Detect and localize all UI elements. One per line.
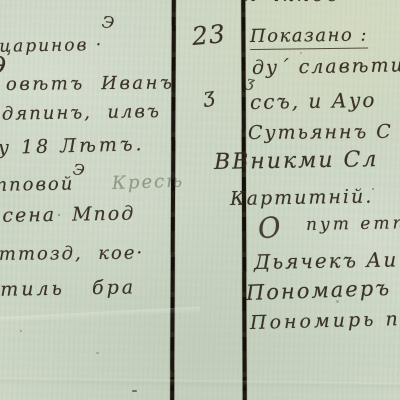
- ink-speck: [336, 300, 339, 303]
- left-column-line: етиль бра: [0, 278, 136, 300]
- entry-number: 23: [191, 21, 227, 49]
- right-column-line: Картитнiй.: [230, 187, 374, 208]
- paper-crease: [0, 377, 400, 390]
- ink-flourish-left-top: Э: [101, 14, 117, 32]
- ink-speck: [20, 330, 22, 332]
- ink-flourish-narrow-column: ʒ: [202, 84, 218, 106]
- left-column-line: у 18 Лѣтъ.: [0, 135, 145, 158]
- entry-heading: Показано :: [250, 27, 368, 50]
- ink-speck: [96, 352, 99, 354]
- left-column-line: тповой: [0, 176, 75, 195]
- left-column-line-faded: Кресѣ: [112, 172, 185, 193]
- right-column-line: ссъ, и Ауо: [250, 90, 377, 112]
- left-column-line: овѣтъ Иванъ: [6, 75, 175, 94]
- right-column-line: пут етѣ: [306, 215, 400, 234]
- left-column-line: ьсена Мпод: [0, 204, 135, 226]
- manuscript-page: х чкноб 23 Э Э Э ʒ ʒ ьцаринов · овѣтъ Ив…: [0, 0, 400, 400]
- column-rule-left: [170, 0, 176, 400]
- ink-speck: [132, 390, 137, 392]
- left-column-line: оттозд, кое·: [0, 245, 144, 264]
- ink-speck: [372, 188, 374, 190]
- top-partial-line: х чкноб: [245, 0, 341, 5]
- right-column-line: ду´ славѣтш: [252, 56, 400, 78]
- left-column-line: ьцаринов ·: [0, 37, 103, 56]
- right-column-line: Пономирь п: [250, 310, 400, 333]
- right-column-line: ВВникми Сл: [214, 149, 379, 174]
- left-column-line: ндяпинъ, илвъ: [0, 103, 161, 124]
- ornate-initial: О: [256, 213, 285, 244]
- ink-speck: [300, 52, 302, 54]
- right-column-line: Дьячекъ Аи: [254, 249, 399, 272]
- right-column-line: Сутьяннъ С: [248, 123, 393, 143]
- right-column-line: Пономаеръ: [246, 278, 392, 304]
- ink-speck: [58, 214, 60, 216]
